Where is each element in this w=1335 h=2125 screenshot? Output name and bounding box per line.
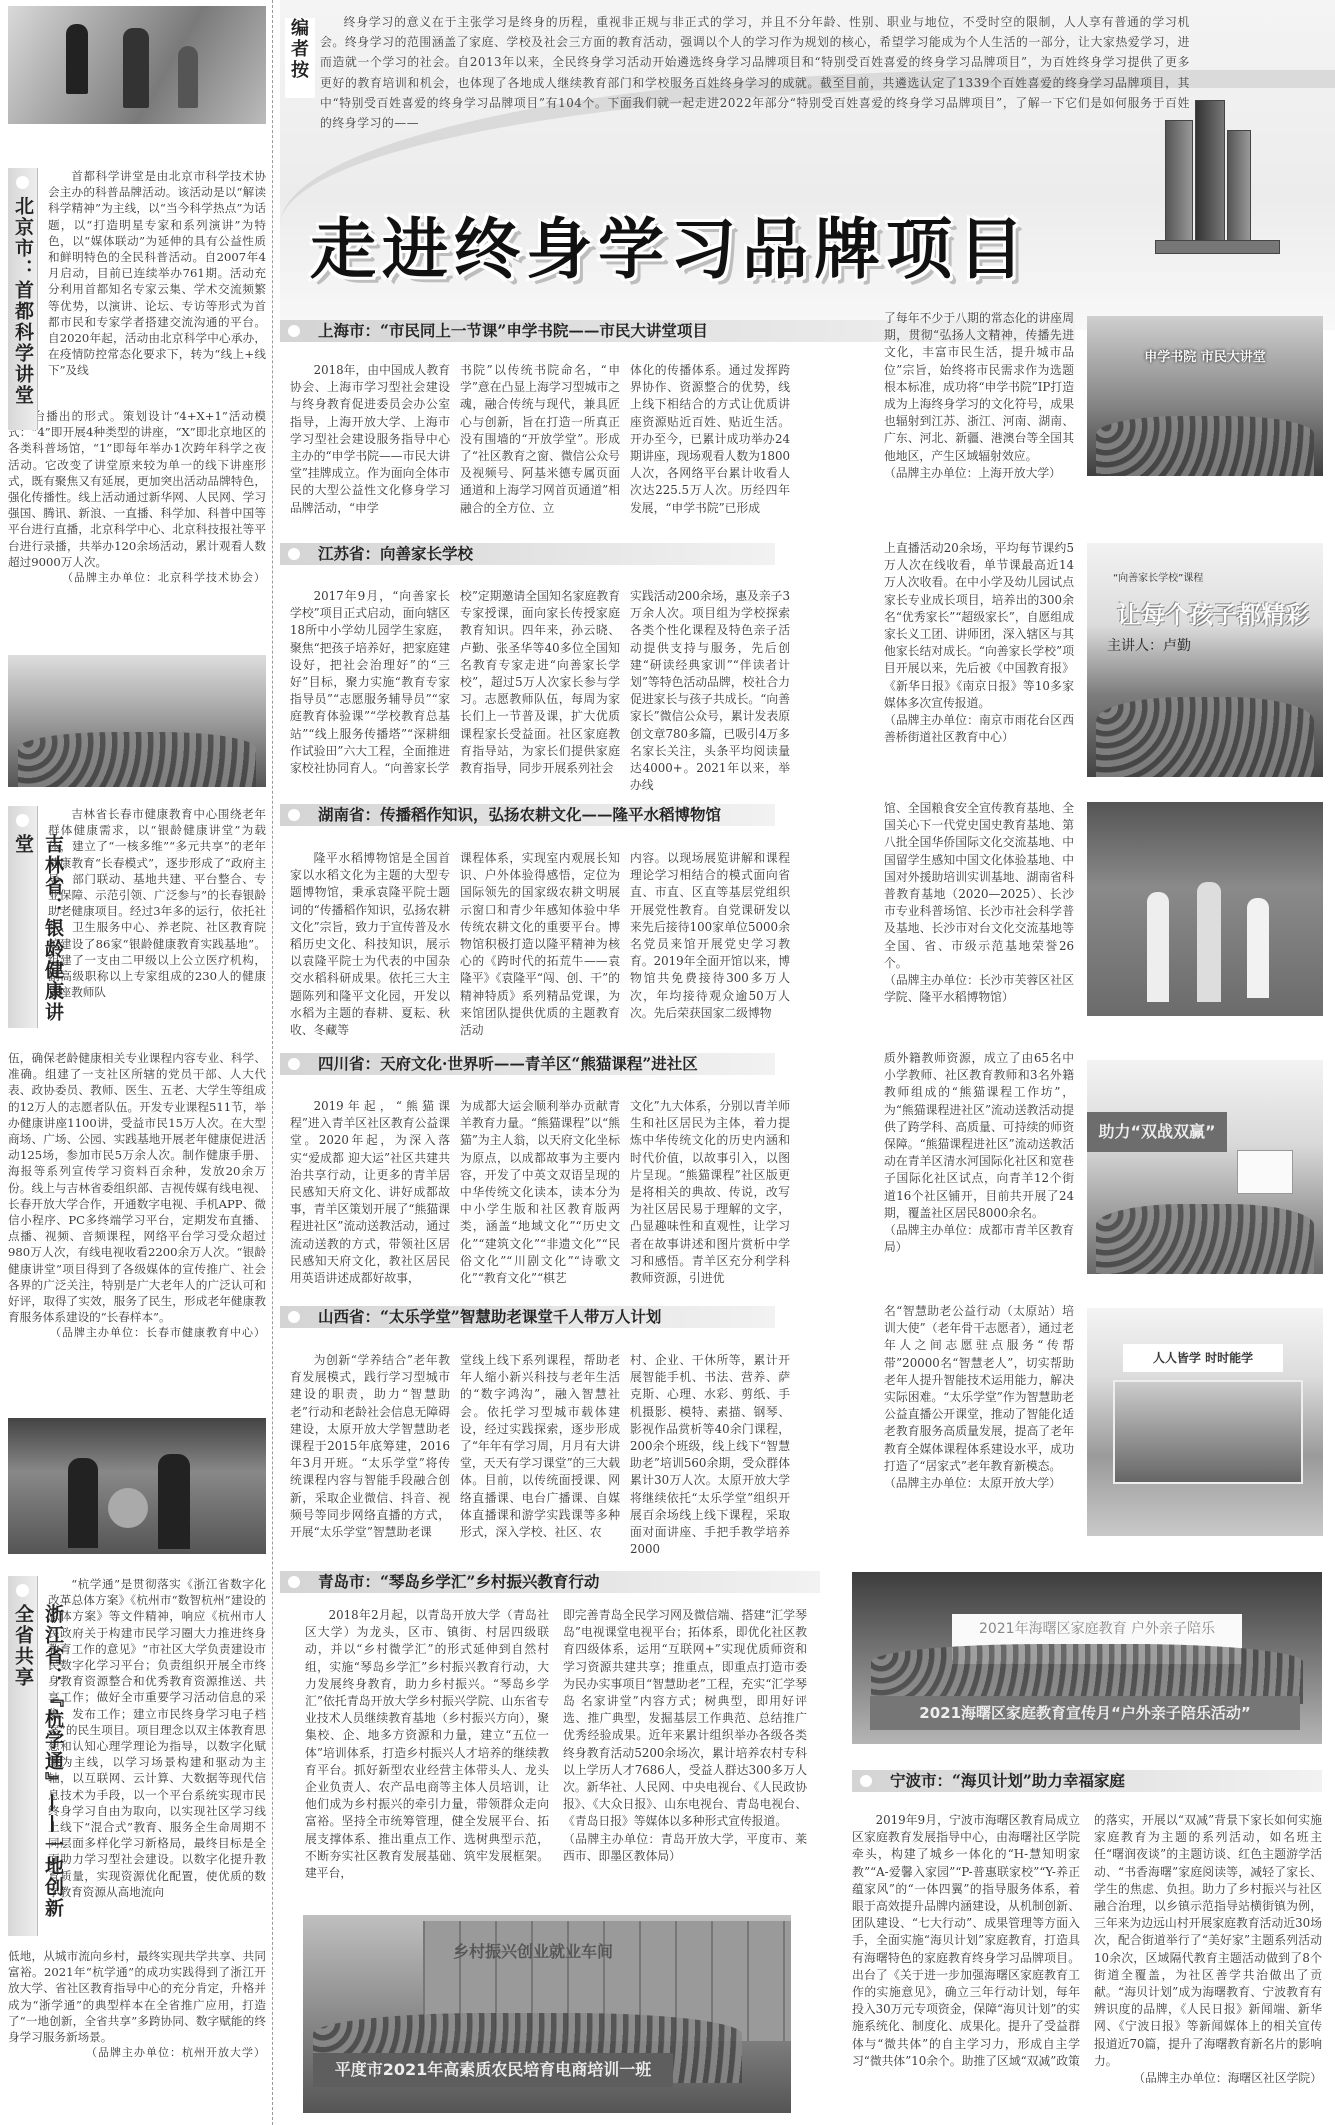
- beijing-photo: [8, 6, 266, 124]
- column-divider: [272, 0, 273, 2125]
- ningbo-sponsor: （品牌主办单位：海曙区社区学院）: [1094, 2070, 1322, 2087]
- editor-note-label: 编者按: [285, 18, 315, 98]
- jilin-text: 伍，确保老龄健康相关专业课程内容专业、科学、准确。组建了一支社区所辖的党员干部、…: [8, 1050, 266, 1325]
- hunan-col-3: 内容。以现场展览讲解和课程理论学习相结合的模式面向省直、市直、区直等基层党组织开…: [630, 850, 790, 1039]
- qingdao-photo: 乡村振兴创业就业车间 平度市2021年高素质农民培育电商培训一班: [303, 1915, 791, 2113]
- beijing-vertical-title: 北京市：首都科学讲堂: [8, 168, 38, 430]
- jilin-sponsor: （品牌主办单位：长春市健康教育中心）: [8, 1325, 266, 1341]
- jiangsu-col-1: 2017年9月，“向善家长学校”项目正式启动，面向辖区18所中小学幼儿园学生家庭…: [290, 588, 450, 794]
- beijing-text: 上平台播出的形式。策划设计“4+X+1”活动模式：“4”即开展4种类型的讲座，“…: [8, 408, 266, 570]
- sichuan-columns: 2019年起，“熊猫课程”进入青羊区社区教育公益课堂。2020年起，为深入落实“…: [290, 1098, 810, 1287]
- shanxi-col-4-wrap: 名“智慧助老公益行动（太原站）培训大使”（老年骨干志愿者），通过老年人之间志愿驻…: [884, 1303, 1074, 1492]
- editor-note-text: 终身学习的意义在于主张学习是终身的历程，重视非正规与非正式的学习，并且不分年龄、…: [320, 12, 1190, 133]
- hunan-sponsor: （品牌主办单位：长沙市芙蓉区社区学院、隆平水稻博物馆）: [884, 972, 1074, 1006]
- shanxi-col-1: 为创新“学养结合”老年教育发展模式，践行学习型城市建设的职责，助力“智慧助老”行…: [290, 1352, 450, 1558]
- jiangsu-col-4: 上直播活动20余场，平均每节课约5万人次在线收看，单节课最高近14万人次收看。在…: [884, 540, 1074, 712]
- zhejiang-sponsor: （品牌主办单位：杭州开放大学）: [8, 2045, 266, 2061]
- sichuan-col-4: 质外籍教师资源，成立了由65名中小学教师、社区教育教师和3名外籍教师组成的“熊猫…: [884, 1050, 1074, 1222]
- hunan-col-4-wrap: 馆、全国粮食安全宣传教育基地、全国关心下一代党史国史教育基地、第八批全国华侨国际…: [884, 800, 1074, 1006]
- shanxi-sponsor: （品牌主办单位：太原开放大学）: [884, 1475, 1074, 1492]
- jiangsu-photo: “向善家长学校”课程 让每个孩子都精彩 主讲人：卢勤: [1087, 543, 1323, 777]
- shanxi-heading: 山西省：“太乐学堂”智慧助老课堂千人带万人计划: [280, 1306, 775, 1328]
- jiangsu-col-2: 校”定期邀请全国知名家庭教育专家授课，面向家长传授家庭教育知识。四年来，孙云晓、…: [460, 588, 620, 794]
- shanghai-columns: 2018年，由中国成人教育协会、上海市学习型社会建设与终身教育促进委员会办公室指…: [290, 362, 810, 517]
- shanghai-col-2: 书院”以传统书院命名，“申学”意在凸显上海学习型城市之魂，融合传统与现代，兼具匠…: [460, 362, 620, 517]
- qingdao-heading: 青岛市：“琴岛乡学汇”乡村振兴教育行动: [280, 1571, 820, 1593]
- ningbo-columns: 2019年9月，宁波市海曙区教育局成立区家庭教育发展指导中心，由海曙社区学院牵头…: [852, 1812, 1322, 2087]
- zhejiang-text: 低地，从城市流向乡村，最终实现共学共享、共同富裕。2021年“杭学通”的成功实践…: [8, 1948, 266, 2045]
- ningbo-photo: 2021年海曙区家庭教育 户外亲子陪乐 2021海曙区家庭教育宣传月“户外亲子陪…: [852, 1572, 1322, 1744]
- hunan-col-4: 馆、全国粮食安全宣传教育基地、全国关心下一代党史国史教育基地、第八批全国华侨国际…: [884, 800, 1074, 972]
- beijing-sponsor: （品牌主办单位：北京科学技术协会）: [8, 570, 266, 586]
- jilin-vertical-title: 吉林省：银龄健康讲堂: [8, 806, 38, 1028]
- ningbo-col-2: 的落实，开展以“双减”背景下家长如何实施家庭教育为主题的系列活动，如名班主任“曙…: [1094, 1812, 1322, 2070]
- jiangsu-col-3: 实践活动200余场，惠及亲子3万余人次。项目组为学校探索各类个性化课程及特色亲子…: [630, 588, 790, 794]
- jiangsu-sponsor: （品牌主办单位：南京市雨花台区西善桥街道社区教育中心）: [884, 712, 1074, 746]
- zhejiang-text-indented: “杭学通”是贯彻落实《浙江省数字化改革总体方案》《杭州市“数智杭州”建设的总体方…: [48, 1576, 266, 1948]
- jiangsu-columns: 2017年9月，“向善家长学校”项目正式启动，面向辖区18所中小学幼儿园学生家庭…: [290, 588, 810, 794]
- shanxi-photo: 人人皆学 时时能学: [1087, 1308, 1323, 1536]
- shanghai-photo: 申学书院 市民大讲堂: [1087, 316, 1323, 476]
- beijing-text-indented: 首都科学讲堂是由北京市科学技术协会主办的科普品牌活动。该活动是以“解读科学精神”…: [48, 168, 266, 408]
- shanxi-col-4: 名“智慧助老公益行动（太原站）培训大使”（老年骨干志愿者），通过老年人之间志愿驻…: [884, 1303, 1074, 1475]
- shanxi-columns: 为创新“学养结合”老年教育发展模式，践行学习型城市建设的职责，助力“智慧助老”行…: [290, 1352, 810, 1558]
- shanxi-col-3: 村、企业、干休所等，累计开展智能手机、书法、营养、萨克斯、心理、水彩、剪纸、手机…: [630, 1352, 790, 1558]
- jiangsu-col-4-wrap: 上直播活动20余场，平均每节课约5万人次在线收看，单节课最高近14万人次收看。在…: [884, 540, 1074, 746]
- hunan-heading: 湖南省：传播稻作知识，弘扬农耕文化——隆平水稻博物馆: [280, 804, 775, 826]
- hunan-col-2: 课程体系，实现室内观展长知识、户外体验得感悟，定位为国际领先的国家级农耕文明展示…: [460, 850, 620, 1039]
- sichuan-col-1: 2019年起，“熊猫课程”进入青羊区社区教育公益课堂。2020年起，为深入落实“…: [290, 1098, 450, 1287]
- shanghai-sponsor: （品牌主办单位：上海开放大学）: [884, 465, 1074, 482]
- shanxi-col-2: 堂线上线下系列课程，帮助老年人缩小新兴科技与老年生活的“数字鸿沟”，融入智慧社会…: [460, 1352, 620, 1558]
- jilin-article: 吉林省：银龄健康讲堂 吉林省长春市健康教育中心围绕老年群体健康需求，以“银龄健康…: [8, 806, 266, 1386]
- sichuan-heading: 四川省：天府文化·世界听——青羊区“熊猫课程”进社区: [280, 1053, 775, 1075]
- shanghai-col-4: 了每年不少于八期的常态化的讲座周期，贯彻“弘扬人文精神，传播先进文化，丰富市民生…: [884, 310, 1074, 465]
- sichuan-col-3: 文化”九大体系，分别以青羊师生和社区居民为主体，着力提炼中华传统文化的历史内涵和…: [630, 1098, 790, 1287]
- shanghai-col-1: 2018年，由中国成人教育协会、上海市学习型社会建设与终身教育促进委员会办公室指…: [290, 362, 450, 517]
- books-illustration-icon: [1155, 100, 1285, 255]
- sichuan-photo: 助力“双战双赢”: [1087, 1060, 1323, 1274]
- zhejiang-photo: [8, 1418, 266, 1554]
- shanghai-col-3: 体化的传播体系。通过发挥跨界协作、资源整合的优势，线上线下相结合的方式让优质讲座…: [630, 362, 790, 517]
- qingdao-col-2: 即完善青岛全民学习网及微信端、搭建“汇学琴岛”电视课堂电视平台；拓体系，即优化社…: [563, 1607, 807, 1831]
- sichuan-col-2: 为成都大运会顺利举办贡献青羊教育力量。“熊猫课程”以“熊猫”为主人翁，以天府文化…: [460, 1098, 620, 1287]
- jilin-text-indented: 吉林省长春市健康教育中心围绕老年群体健康需求，以“银龄健康讲堂”为载体，建立了“…: [48, 806, 266, 1050]
- ningbo-col-1: 2019年9月，宁波市海曙区教育局成立区家庭教育发展指导中心，由海曙社区学院牵头…: [852, 1812, 1080, 2087]
- shanghai-col-4-wrap: 了每年不少于八期的常态化的讲座周期，贯彻“弘扬人文精神，传播先进文化，丰富市民生…: [884, 310, 1074, 482]
- jilin-photo: [8, 655, 266, 787]
- qingdao-columns: 2018年2月起，以青岛开放大学（青岛社区大学）为龙头，区市、镇街、村居四级联动…: [305, 1607, 835, 1882]
- sichuan-col-4-wrap: 质外籍教师资源，成立了由65名中小学教师、社区教育教师和3名外籍教师组成的“熊猫…: [884, 1050, 1074, 1256]
- hunan-photo: [1087, 802, 1323, 1016]
- hunan-columns: 隆平水稻博物馆是全国首家以水稻文化为主题的大型专题博物馆，秉承袁隆平院士题词的“…: [290, 850, 810, 1039]
- hunan-col-1: 隆平水稻博物馆是全国首家以水稻文化为主题的大型专题博物馆，秉承袁隆平院士题词的“…: [290, 850, 450, 1039]
- jiangsu-heading: 江苏省：向善家长学校: [280, 543, 775, 565]
- page-title: 走进终身学习品牌项目: [310, 196, 1030, 291]
- qingdao-sponsor: （品牌主办单位：青岛开放大学，平度市、莱西市、即墨区教体局）: [563, 1831, 807, 1865]
- zhejiang-vertical-title: 浙江省：『杭学通』——一地创新 全省共享: [8, 1576, 38, 1936]
- beijing-article: 北京市：首都科学讲堂 首都科学讲堂是由北京市科学技术协会主办的科普品牌活动。该活…: [8, 168, 266, 608]
- qingdao-col-1: 2018年2月起，以青岛开放大学（青岛社区大学）为龙头，区市、镇街、村居四级联动…: [305, 1607, 549, 1882]
- sichuan-sponsor: （品牌主办单位：成都市青羊区教育局）: [884, 1222, 1074, 1256]
- ningbo-heading: 宁波市：“海贝计划”助力幸福家庭: [852, 1770, 1322, 1792]
- zhejiang-article: 浙江省：『杭学通』——一地创新 全省共享 “杭学通”是贯彻落实《浙江省数字化改革…: [8, 1576, 266, 2121]
